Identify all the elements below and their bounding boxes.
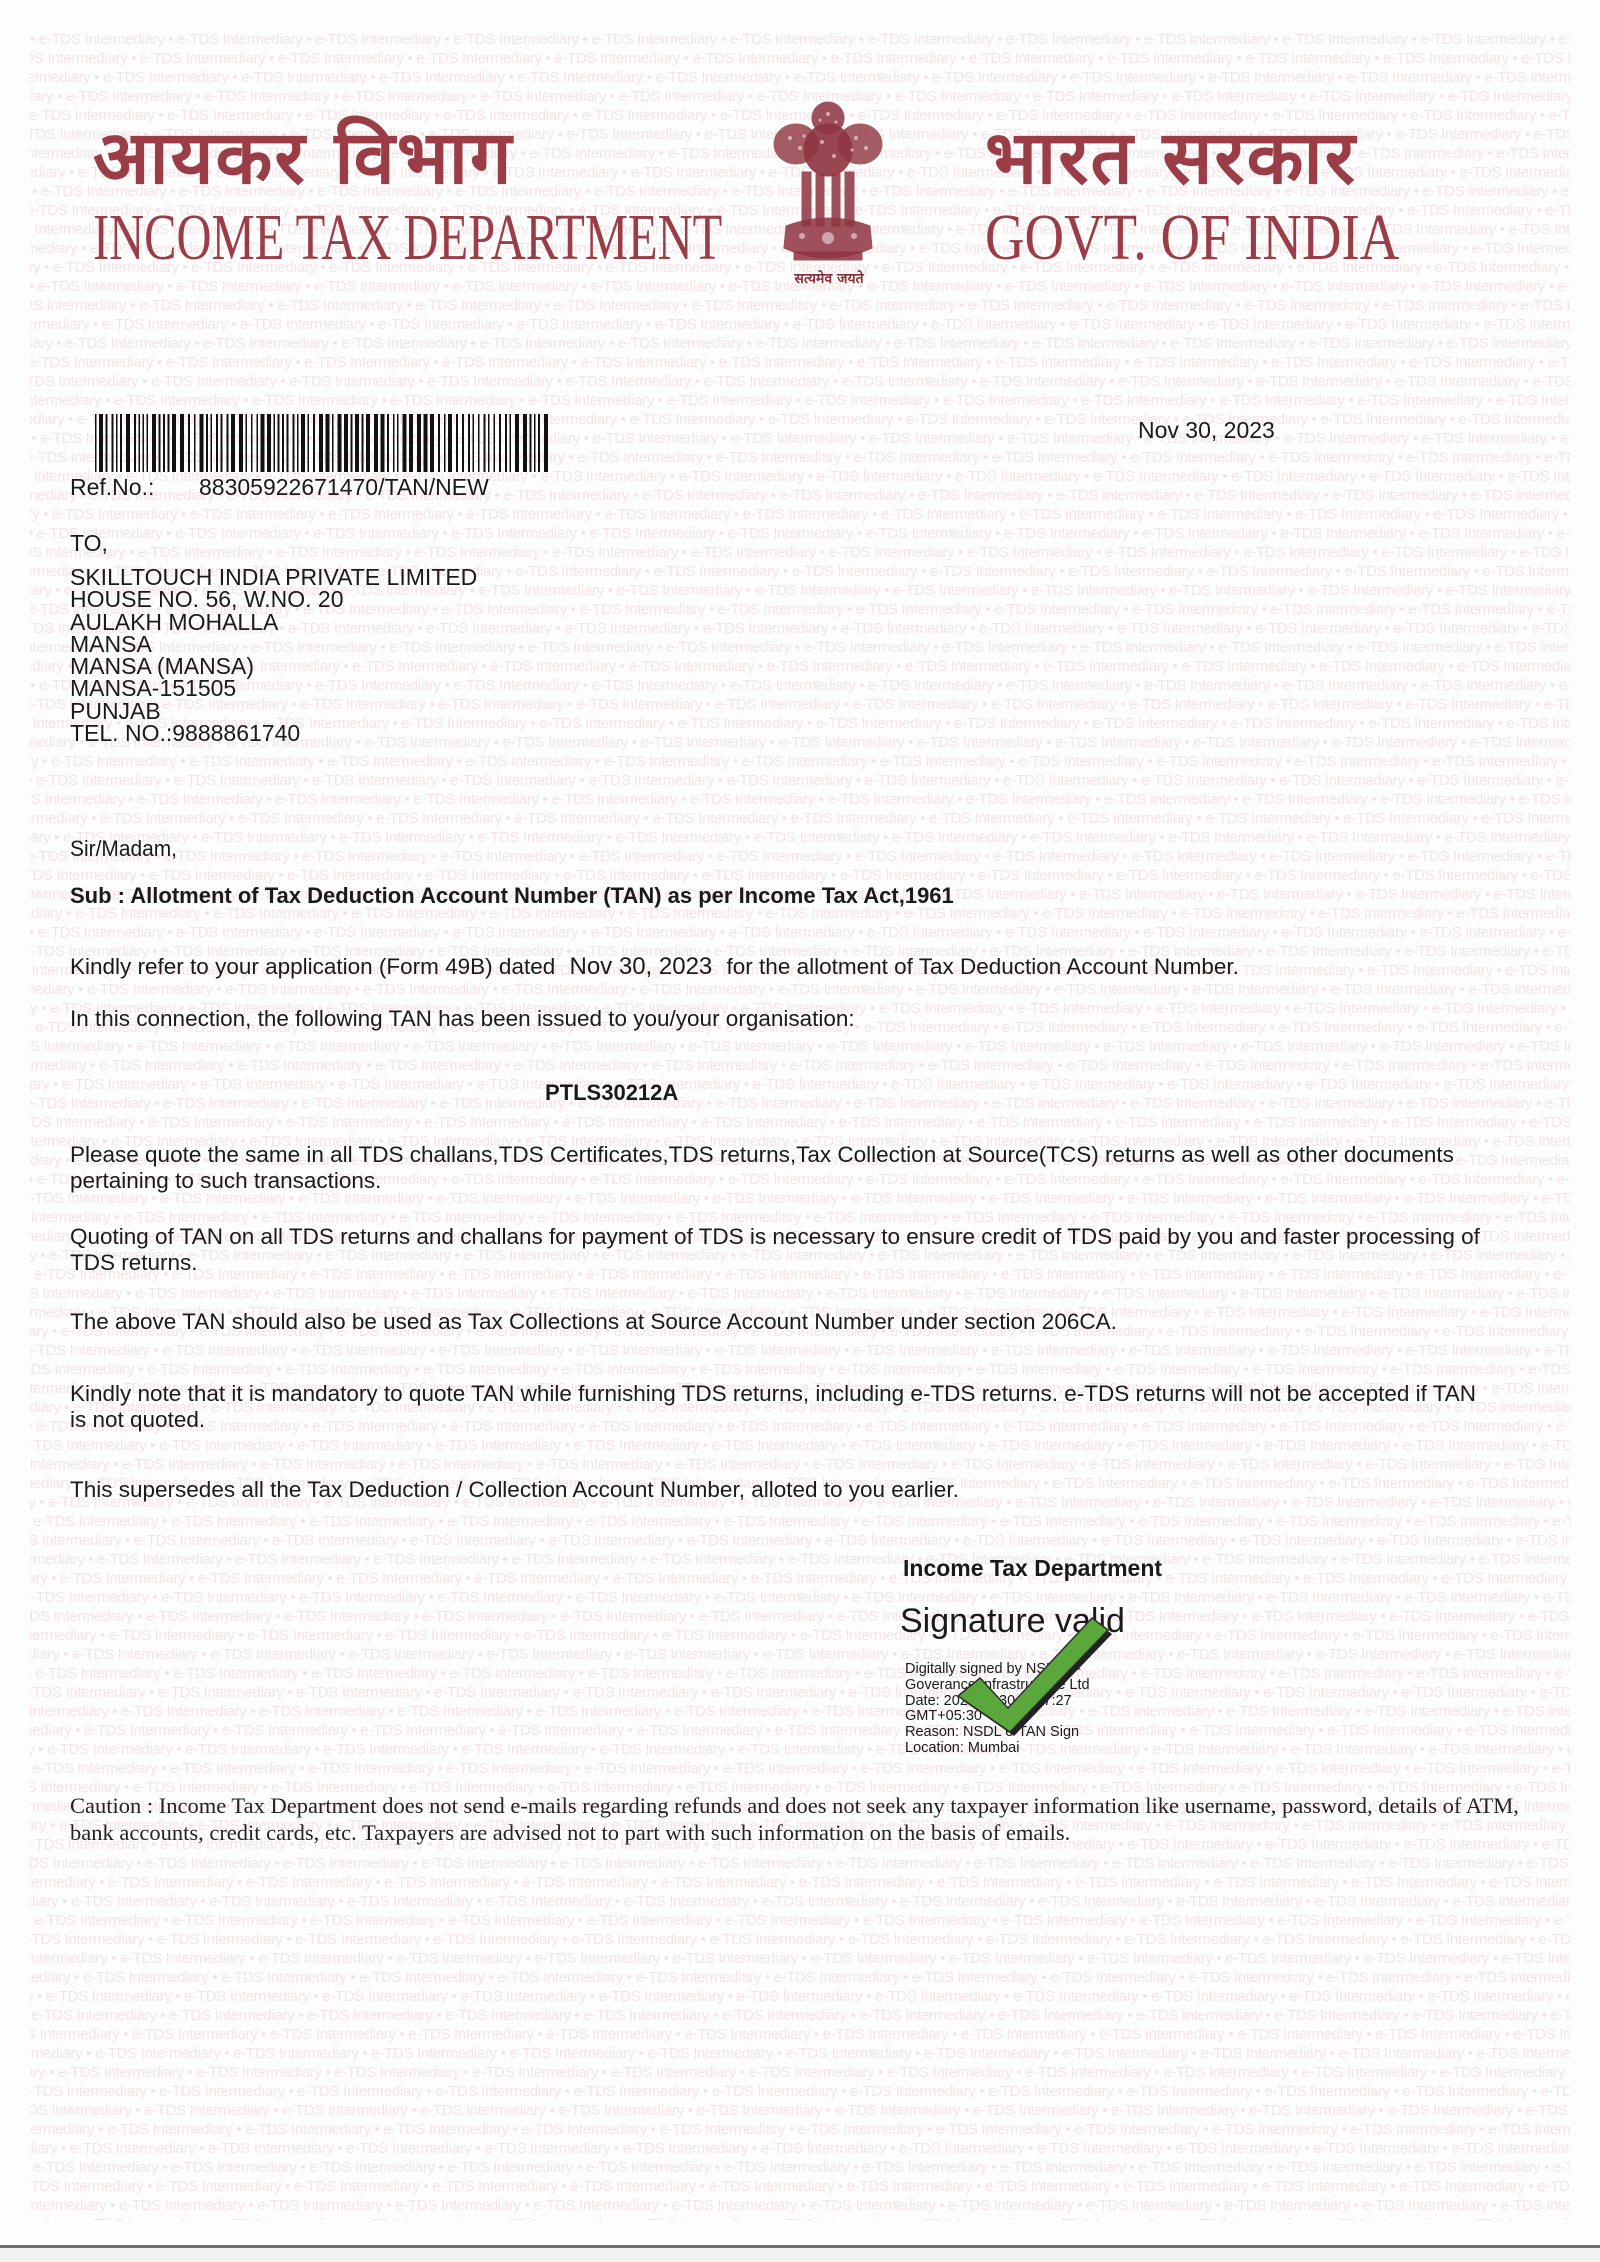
- watermark-row: • e-TDS Intermediary • e-TDS Intermediar…: [30, 1949, 1570, 1968]
- tan-issued-statement: In this connection, the following TAN ha…: [70, 1006, 1490, 1032]
- watermark-row: • e-TDS Intermediary • e-TDS Intermediar…: [30, 1702, 1570, 1721]
- watermark-row: • e-TDS Intermediary • e-TDS Intermediar…: [30, 1284, 1570, 1303]
- tan-number: PTLS30212A: [545, 1080, 678, 1106]
- watermark-row: • e-TDS Intermediary • e-TDS Intermediar…: [30, 68, 1570, 87]
- watermark-row: • e-TDS Intermediary • e-TDS Intermediar…: [30, 391, 1570, 410]
- watermark-row: • e-TDS Intermediary • e-TDS Intermediar…: [30, 372, 1570, 391]
- watermark-row: • e-TDS Intermediary • e-TDS Intermediar…: [30, 923, 1570, 942]
- watermark-row: • e-TDS Intermediary • e-TDS Intermediar…: [30, 2139, 1570, 2158]
- watermark-row: • e-TDS Intermediary • e-TDS Intermediar…: [30, 353, 1570, 372]
- watermark-row: • e-TDS Intermediary • e-TDS Intermediar…: [30, 1360, 1570, 1379]
- watermark-row: • e-TDS Intermediary • e-TDS Intermediar…: [30, 1930, 1570, 1949]
- watermark-row: • e-TDS Intermediary • e-TDS Intermediar…: [30, 2044, 1570, 2063]
- address-line: TEL. NO.:9888861740: [70, 722, 477, 744]
- watermark-row: • e-TDS Intermediary • e-TDS Intermediar…: [30, 2006, 1570, 2025]
- watermark-row: • e-TDS Intermediary • e-TDS Intermediar…: [30, 1759, 1570, 1778]
- recipient-to-label: TO,: [70, 530, 108, 556]
- watermark-row: • e-TDS Intermediary • e-TDS Intermediar…: [30, 505, 1570, 524]
- watermark-row: • e-TDS Intermediary • e-TDS Intermediar…: [30, 809, 1570, 828]
- watermark-row: • e-TDS Intermediary • e-TDS Intermediar…: [30, 980, 1570, 999]
- barcode-icon: [95, 414, 550, 472]
- signature-detail-line: Location: Mumbai: [905, 1741, 1090, 1757]
- watermark-row: • e-TDS Intermediary • e-TDS Intermediar…: [30, 1531, 1570, 1550]
- watermark-row: • e-TDS Intermediary • e-TDS Intermediar…: [30, 1075, 1570, 1094]
- application-reference-prefix: Kindly refer to your application (Form 4…: [70, 954, 555, 979]
- header-hindi-income-tax-department: आयकर विभाग: [93, 118, 514, 198]
- watermark-row: • e-TDS Intermediary • e-TDS Intermediar…: [30, 1569, 1570, 1588]
- watermark-row: • e-TDS Intermediary • e-TDS Intermediar…: [30, 524, 1570, 543]
- watermark-row: • e-TDS Intermediary • e-TDS Intermediar…: [30, 771, 1570, 790]
- watermark-row: • e-TDS Intermediary • e-TDS Intermediar…: [30, 2063, 1570, 2082]
- address-line: HOUSE NO. 56, W.NO. 20: [70, 588, 477, 610]
- watermark-row: • e-TDS Intermediary • e-TDS Intermediar…: [30, 1968, 1570, 1987]
- watermark-row: • e-TDS Intermediary • e-TDS Intermediar…: [30, 1113, 1570, 1132]
- watermark-row: • e-TDS Intermediary • e-TDS Intermediar…: [30, 1037, 1570, 1056]
- watermark-row: • e-TDS Intermediary • e-TDS Intermediar…: [30, 1626, 1570, 1645]
- watermark-row: • e-TDS Intermediary • e-TDS Intermediar…: [30, 1911, 1570, 1930]
- watermark-row: • e-TDS Intermediary • e-TDS Intermediar…: [30, 2177, 1570, 2196]
- watermark-row: • e-TDS Intermediary • e-TDS Intermediar…: [30, 1436, 1570, 1455]
- green-checkmark-icon: [950, 1600, 1120, 1740]
- watermark-row: • e-TDS Intermediary • e-TDS Intermediar…: [30, 315, 1570, 334]
- address-line: SKILLTOUCH INDIA PRIVATE LIMITED: [70, 566, 477, 588]
- e-tds-watermark: • e-TDS Intermediary • e-TDS Intermediar…: [30, 30, 1570, 2220]
- watermark-row: • e-TDS Intermediary • e-TDS Intermediar…: [30, 1341, 1570, 1360]
- watermark-row: • e-TDS Intermediary • e-TDS Intermediar…: [30, 1664, 1570, 1683]
- watermark-row: • e-TDS Intermediary • e-TDS Intermediar…: [30, 1094, 1570, 1113]
- watermark-row: • e-TDS Intermediary • e-TDS Intermediar…: [30, 30, 1570, 49]
- greeting-text: Sir/Madam,: [70, 836, 177, 862]
- watermark-row: • e-TDS Intermediary • e-TDS Intermediar…: [30, 1854, 1570, 1873]
- watermark-row: • e-TDS Intermediary • e-TDS Intermediar…: [30, 1645, 1570, 1664]
- paragraph-tcs-account: The above TAN should also be used as Tax…: [70, 1309, 1490, 1335]
- scan-background: [0, 2248, 1600, 2262]
- recipient-address: SKILLTOUCH INDIA PRIVATE LIMITEDHOUSE NO…: [70, 566, 477, 744]
- application-date: Nov 30, 2023: [570, 953, 713, 980]
- ashoka-emblem-icon: [772, 98, 884, 278]
- watermark-row: • e-TDS Intermediary • e-TDS Intermediar…: [30, 1512, 1570, 1531]
- watermark-row: • e-TDS Intermediary • e-TDS Intermediar…: [30, 1455, 1570, 1474]
- watermark-row: • e-TDS Intermediary • e-TDS Intermediar…: [30, 1588, 1570, 1607]
- watermark-row: • e-TDS Intermediary • e-TDS Intermediar…: [30, 1607, 1570, 1626]
- watermark-row: • e-TDS Intermediary • e-TDS Intermediar…: [30, 2101, 1570, 2120]
- watermark-row: • e-TDS Intermediary • e-TDS Intermediar…: [30, 1987, 1570, 2006]
- reference-number: 88305922671470/TAN/NEW: [199, 474, 489, 500]
- watermark-row: • e-TDS Intermediary • e-TDS Intermediar…: [30, 49, 1570, 68]
- reference-label: Ref.No.:: [70, 474, 154, 500]
- address-line: AULAKH MOHALLA: [70, 611, 477, 633]
- subject-line: Sub : Allotment of Tax Deduction Account…: [70, 883, 1490, 909]
- signature-issuer: Income Tax Department: [903, 1555, 1162, 1582]
- watermark-row: • e-TDS Intermediary • e-TDS Intermediar…: [30, 1550, 1570, 1569]
- watermark-row: • e-TDS Intermediary • e-TDS Intermediar…: [30, 2082, 1570, 2101]
- watermark-row: • e-TDS Intermediary • e-TDS Intermediar…: [30, 752, 1570, 771]
- header-income-tax-department: INCOME TAX DEPARTMENT: [93, 203, 722, 273]
- application-reference-suffix: for the allotment of Tax Deduction Accou…: [727, 954, 1239, 979]
- address-line: MANSA: [70, 633, 477, 655]
- header-govt-of-india: GOVT. OF INDIA: [985, 203, 1399, 273]
- watermark-row: • e-TDS Intermediary • e-TDS Intermediar…: [30, 790, 1570, 809]
- header-hindi-govt-of-india: भारत सरकार: [985, 118, 1357, 198]
- watermark-row: • e-TDS Intermediary • e-TDS Intermediar…: [30, 1683, 1570, 1702]
- watermark-row: • e-TDS Intermediary • e-TDS Intermediar…: [30, 2025, 1570, 2044]
- watermark-row: • e-TDS Intermediary • e-TDS Intermediar…: [30, 2196, 1570, 2215]
- watermark-row: • e-TDS Intermediary • e-TDS Intermediar…: [30, 1721, 1570, 1740]
- watermark-row: • e-TDS Intermediary • e-TDS Intermediar…: [30, 1892, 1570, 1911]
- watermark-row: • e-TDS Intermediary • e-TDS Intermediar…: [30, 2120, 1570, 2139]
- paragraph-mandatory-tan: Kindly note that it is mandatory to quot…: [70, 1381, 1490, 1433]
- paragraph-quoting-necessary: Quoting of TAN on all TDS returns and ch…: [70, 1224, 1490, 1276]
- paragraph-quote-tan: Please quote the same in all TDS challan…: [70, 1142, 1490, 1194]
- greeting: Sir/Madam,: [70, 836, 1490, 862]
- watermark-row: • e-TDS Intermediary • e-TDS Intermediar…: [30, 334, 1570, 353]
- watermark-row: • e-TDS Intermediary • e-TDS Intermediar…: [30, 2215, 1570, 2220]
- address-line: MANSA (MANSA): [70, 655, 477, 677]
- watermark-row: • e-TDS Intermediary • e-TDS Intermediar…: [30, 2158, 1570, 2177]
- watermark-row: • e-TDS Intermediary • e-TDS Intermediar…: [30, 1056, 1570, 1075]
- letter-date: Nov 30, 2023: [1138, 417, 1275, 443]
- address-line: MANSA-151505: [70, 677, 477, 699]
- address-line: PUNJAB: [70, 700, 477, 722]
- watermark-row: • e-TDS Intermediary • e-TDS Intermediar…: [30, 296, 1570, 315]
- emblem-motto: सत्यमेव जयते: [770, 269, 888, 288]
- paragraph-supersedes: This supersedes all the Tax Deduction / …: [70, 1477, 1490, 1503]
- watermark-row: • e-TDS Intermediary • e-TDS Intermediar…: [30, 1740, 1570, 1759]
- application-reference: Kindly refer to your application (Form 4…: [70, 954, 1490, 980]
- caution-notice: Caution : Income Tax Department does not…: [70, 1792, 1550, 1846]
- digital-signature-block: Income Tax Department Signature valid Di…: [900, 1550, 1240, 1780]
- watermark-row: • e-TDS Intermediary • e-TDS Intermediar…: [30, 1873, 1570, 1892]
- watermark-row: • e-TDS Intermediary • e-TDS Intermediar…: [30, 543, 1570, 562]
